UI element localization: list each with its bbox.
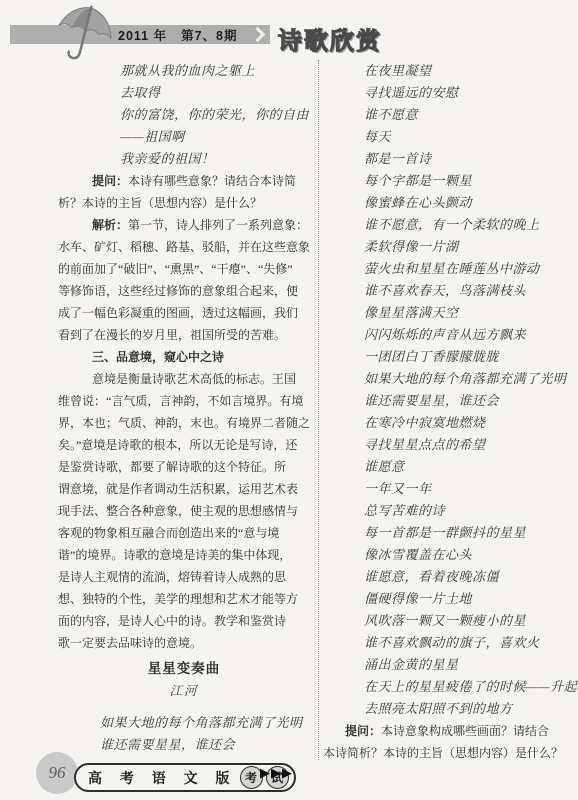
page-number-badge: 96 xyxy=(36,752,78,794)
poem-line: 像星星落满天空 xyxy=(323,302,573,324)
question-text: 本诗有哪些意象？请结合本诗简 xyxy=(128,174,296,188)
poem-line: 在寒冷中寂寞地燃烧 xyxy=(323,412,573,434)
question-line: 析？本诗的主旨（思想内容）是什么？ xyxy=(58,192,310,214)
analysis-line: 解析：第一节，诗人排列了一系列意象： xyxy=(58,214,310,236)
analysis-line: 等修饰语，这些经过修饰的意象组合起来，便 xyxy=(58,280,310,302)
poem-line: 谁不喜欢飘动的旗子，喜欢火 xyxy=(323,632,573,654)
column-divider xyxy=(318,60,319,760)
section-heading: 三、品意境，窥心中之诗 xyxy=(58,346,310,368)
header-bar: 2011 年 第7、8期 xyxy=(10,25,270,44)
poem-line: 谁还需要星星，谁还会 xyxy=(58,734,310,756)
poem-line: 都是一首诗 xyxy=(323,148,573,170)
paragraph-line: 是诗人主观情的流淌，熔铸着诗人成熟的思 xyxy=(58,566,310,588)
paragraph-line: 是鉴赏诗歌，都要了解诗歌的这个特征。所 xyxy=(58,456,310,478)
poem-line: 在夜里凝望 xyxy=(323,60,573,82)
poem-line: 我亲爱的祖国！ xyxy=(58,148,310,170)
paragraph-line: 想、独特的个性，美学的理想和艺术才能等方 xyxy=(58,588,310,610)
paragraph-line: 谓意境，就是作者调动生活积累，运用艺术表 xyxy=(58,478,310,500)
question-label: 提问： xyxy=(92,174,128,188)
question-line: 提问：本诗有哪些意象？请结合本诗简 xyxy=(58,170,310,192)
poem-line: 一年又一年 xyxy=(323,478,573,500)
poem-line: 涌出金黄的星星 xyxy=(323,654,573,676)
poem-line: 每天 xyxy=(323,126,573,148)
poem-line: 谁愿意，看着夜晚冻僵 xyxy=(323,566,573,588)
header-year: 2011 年 xyxy=(118,26,167,44)
spacer xyxy=(58,702,310,712)
paragraph-line: 界，本也；气质、神韵，末也。有境界二者随之 xyxy=(58,412,310,434)
paragraph-line: 意境是衡量诗歌艺术高低的标志。王国 xyxy=(58,368,310,390)
paragraph-line: 客观的物象相互融合而创造出来的“意与境 xyxy=(58,522,310,544)
analysis-line: 的前面加了“破旧”、“熏黑”、“干瘪”、“失修” xyxy=(58,258,310,280)
paragraph-line: 矣。”意境是诗歌的根本，所以无论是写诗，还 xyxy=(58,434,310,456)
poem-first-lines: 如果大地的每个角落都充满了光明谁还需要星星，谁还会 xyxy=(58,712,310,756)
question2-paragraph: 提问：本诗意象构成哪些画面？请结合 本诗简析？本诗的主旨（思想内容）是什么？ xyxy=(323,720,573,764)
poem-line: 总写苦难的诗 xyxy=(323,500,573,522)
paragraph-line: 现手法、整合各种意象，使主观的思想感情与 xyxy=(58,500,310,522)
poem-line: 每个字都是一颗星 xyxy=(323,170,573,192)
paragraph-line: 面的内容，是诗人心中的诗。教学和鉴赏诗 xyxy=(58,610,310,632)
poem-author: 江河 xyxy=(58,680,310,702)
question-line: 提问：本诗意象构成哪些画面？请结合 xyxy=(323,720,573,742)
poem-line: 谁不愿意 xyxy=(323,104,573,126)
poem-line: 在天上的星星疲倦了的时候——升起 xyxy=(323,676,573,698)
poem-line: 寻找遥远的安慰 xyxy=(323,82,573,104)
poem-line: 如果大地的每个角落都充满了光明 xyxy=(323,368,573,390)
analysis-lines: 水车、矿灯、稻穗、路基、驳船，并在这些意象的前面加了“破旧”、“熏黑”、“干瘪”… xyxy=(58,236,310,346)
right-column: 在夜里凝望寻找遥远的安慰谁不愿意每天都是一首诗每个字都是一颗星像蜜蜂在心头颤动谁… xyxy=(323,60,573,764)
brand-text: 高 考 语 文 版 xyxy=(88,768,237,788)
poem-line: ——祖国啊 xyxy=(58,126,310,148)
question1-paragraph: 提问：本诗有哪些意象？请结合本诗简 析？本诗的主旨（思想内容）是什么？ xyxy=(58,170,310,214)
paragraph-line: 歌一定要去品味诗的意境。 xyxy=(58,632,310,654)
poem-line: 谁不愿意，有一个柔软的晚上 xyxy=(323,214,573,236)
poem-excerpt: 那就从我的血肉之躯上去取得你的富饶，你的荣光，你的自由——祖国啊我亲爱的祖国！ xyxy=(58,60,310,170)
section-title: 诗歌欣赏 xyxy=(278,21,382,56)
poem-line: 萤火虫和星星在睡莲丛中游动 xyxy=(323,258,573,280)
artistic-conception-paragraph: 意境是衡量诗歌艺术高低的标志。王国维曾说：“言气质，言神韵，不如言境界。有境界，… xyxy=(58,368,310,654)
analysis-line: 水车、矿灯、稻穗、路基、驳船，并在这些意象 xyxy=(58,236,310,258)
poem-title: 星星变奏曲 xyxy=(58,658,310,680)
analysis-label: 解析： xyxy=(92,218,128,232)
poem-line: 去照亮太阳照不到的地方 xyxy=(323,698,573,720)
paragraph-line: 维曾说：“言气质，言神韵，不如言境界。有境 xyxy=(58,390,310,412)
poem-body: 在夜里凝望寻找遥远的安慰谁不愿意每天都是一首诗每个字都是一颗星像蜜蜂在心头颤动谁… xyxy=(323,60,573,720)
left-column: 那就从我的血肉之躯上去取得你的富饶，你的荣光，你的自由——祖国啊我亲爱的祖国！ … xyxy=(58,60,310,756)
question-line: 本诗简析？本诗的主旨（思想内容）是什么？ xyxy=(323,742,573,764)
footer-arrows-icon: ▶▶▶ xyxy=(260,766,293,781)
poem-line: 像蜜蜂在心头颤动 xyxy=(323,192,573,214)
page-number: 96 xyxy=(49,763,66,783)
poem-line: 僵硬得像一片土地 xyxy=(323,588,573,610)
poem-line: 像冰雪覆盖在心头 xyxy=(323,544,573,566)
poem-line: 谁不喜欢春天，鸟落满枝头 xyxy=(323,280,573,302)
poem-line: 那就从我的血肉之躯上 xyxy=(58,60,310,82)
header-issue: 第7、8期 xyxy=(181,26,237,44)
poem-line: 谁愿意 xyxy=(323,456,573,478)
poem-line: 寻找星星点点的希望 xyxy=(323,434,573,456)
analysis-line: 看到了在漫长的岁月里，祖国所受的苦难。 xyxy=(58,324,310,346)
poem-line: 你的富饶，你的荣光，你的自由 xyxy=(58,104,310,126)
analysis-line: 成了一幅色彩凝重的图画，透过这幅画，我们 xyxy=(58,302,310,324)
poem-line: 柔软得像一片湖 xyxy=(323,236,573,258)
poem-line: 每一首都是一群颤抖的星星 xyxy=(323,522,573,544)
paragraph-line: 谐”的境界。诗歌的意境是诗美的集中体现， xyxy=(58,544,310,566)
analysis-paragraph: 解析：第一节，诗人排列了一系列意象： 水车、矿灯、稻穗、路基、驳船，并在这些意象… xyxy=(58,214,310,346)
poem-line: 如果大地的每个角落都充满了光明 xyxy=(58,712,310,734)
question-text: 本诗意象构成哪些画面？请结合 xyxy=(381,724,549,738)
analysis-text: 第一节，诗人排列了一系列意象： xyxy=(128,218,308,232)
question-label: 提问： xyxy=(345,724,381,738)
poem-line: 风吹落一颗又一颗瘦小的星 xyxy=(323,610,573,632)
poem-line: 去取得 xyxy=(58,82,310,104)
poem-line: 闪闪烁烁的声音从远方飘来 xyxy=(323,324,573,346)
poem-line: 一团团白丁香朦朦胧胧 xyxy=(323,346,573,368)
poem-line: 谁还需要星星，谁还会 xyxy=(323,390,573,412)
